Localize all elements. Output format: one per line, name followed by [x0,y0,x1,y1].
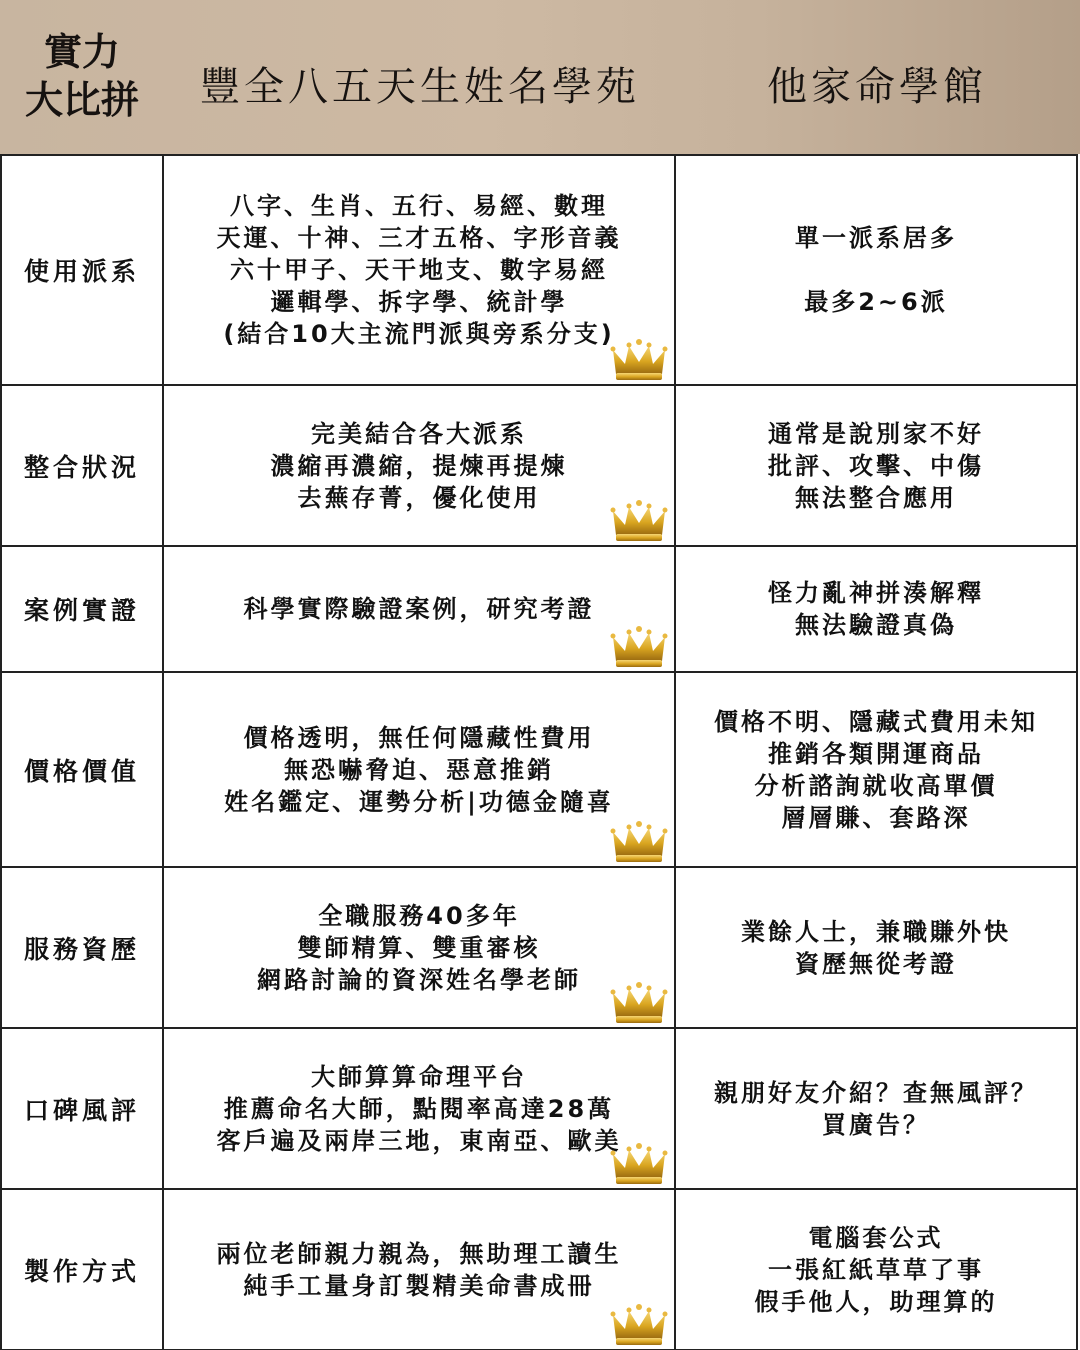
row-label: 案例實證 [24,591,140,627]
cell-line: 假手他人，助理算的 [755,1286,998,1318]
row-label-cell: 整合狀況 [2,386,164,547]
ours-cell: 價格透明，無任何隱藏性費用無恐嚇脅迫、惡意推銷姓名鑑定、運勢分析|功德金隨喜 [164,673,676,868]
cell-line: 大師算算命理平台 [311,1061,527,1093]
table-row: 案例實證科學實際驗證案例，研究考證怪力亂神拼湊解釋無法驗證真偽 [2,547,1078,673]
others-cell: 單一派系居多最多2~6派 [676,156,1078,386]
corner-title-line2: 大比拼 [0,76,164,124]
cell-line: 濃縮再濃縮，提煉再提煉 [271,450,568,482]
ours-cell-text: 兩位老師親力親為，無助理工讀生純手工量身訂製精美命書成冊 [217,1238,622,1302]
others-cell: 電腦套公式一張紅紙草草了事假手他人，助理算的 [676,1190,1078,1350]
cell-line: 無法整合應用 [795,482,957,514]
cell-line: 兩位老師親力親為，無助理工讀生 [217,1238,622,1270]
cell-line: 單一派系居多 [795,222,957,254]
row-label: 服務資歷 [24,930,140,966]
cell-line: 完美結合各大派系 [311,418,527,450]
ours-cell-text: 價格透明，無任何隱藏性費用無恐嚇脅迫、惡意推銷姓名鑑定、運勢分析|功德金隨喜 [224,722,614,818]
cell-line: 最多2~6派 [804,286,948,318]
ours-cell-text: 全職服務40多年雙師精算、雙重審核網路討論的資深姓名學老師 [257,900,581,996]
others-cell-text: 電腦套公式一張紅紙草草了事假手他人，助理算的 [755,1222,998,1318]
cell-line: 一張紅紙草草了事 [768,1254,984,1286]
others-cell: 業餘人士，兼職賺外快資歷無從考證 [676,868,1078,1029]
cell-line: 全職服務40多年 [318,900,519,932]
crown-icon [610,338,668,382]
crown-icon [610,1303,668,1347]
cell-line: 通常是說別家不好 [768,418,984,450]
cell-line: 無法驗證真偽 [795,609,957,641]
cell-line: 批評、攻擊、中傷 [768,450,984,482]
crown-icon [610,499,668,543]
row-label: 口碑風評 [24,1091,140,1127]
row-label: 整合狀況 [24,448,140,484]
table-row: 製作方式兩位老師親力親為，無助理工讀生純手工量身訂製精美命書成冊電腦套公式一張紅… [2,1190,1078,1350]
ours-cell-text: 完美結合各大派系濃縮再濃縮，提煉再提煉去蕪存菁，優化使用 [271,418,568,514]
others-cell-text: 業餘人士，兼職賺外快資歷無從考證 [741,916,1011,980]
cell-line: 價格透明，無任何隱藏性費用 [243,722,594,754]
row-label: 製作方式 [24,1252,140,1288]
table-row: 口碑風評大師算算命理平台推薦命名大師，點閱率高達28萬客戶遍及兩岸三地，東南亞、… [2,1029,1078,1190]
cell-line: 買廣告？ [822,1109,930,1141]
cell-line: 客戶遍及兩岸三地，東南亞、歐美 [217,1125,622,1157]
ours-cell: 大師算算命理平台推薦命名大師，點閱率高達28萬客戶遍及兩岸三地，東南亞、歐美 [164,1029,676,1190]
cell-line: 姓名鑑定、運勢分析|功德金隨喜 [224,786,614,818]
row-label-cell: 製作方式 [2,1190,164,1350]
table-row: 價格價值價格透明，無任何隱藏性費用無恐嚇脅迫、惡意推銷姓名鑑定、運勢分析|功德金… [2,673,1078,868]
ours-cell: 八字、生肖、五行、易經、數理天運、十神、三才五格、字形音義六十甲子、天干地支、數… [164,156,676,386]
row-label-cell: 使用派系 [2,156,164,386]
cell-line: 層層賺、套路深 [782,802,971,834]
table-row: 整合狀況完美結合各大派系濃縮再濃縮，提煉再提煉去蕪存菁，優化使用通常是說別家不好… [2,386,1078,547]
others-cell: 通常是說別家不好批評、攻擊、中傷無法整合應用 [676,386,1078,547]
row-label-cell: 案例實證 [2,547,164,673]
others-cell-text: 親朋好友介紹？查無風評？買廣告？ [714,1077,1038,1141]
corner-title: 實力 大比拼 [0,28,164,124]
row-label: 價格價值 [24,752,140,788]
ours-cell-text: 八字、生肖、五行、易經、數理天運、十神、三才五格、字形音義六十甲子、天干地支、數… [217,190,622,350]
crown-icon [610,820,668,864]
ours-cell: 完美結合各大派系濃縮再濃縮，提煉再提煉去蕪存菁，優化使用 [164,386,676,547]
crown-icon [610,1142,668,1186]
ours-cell: 全職服務40多年雙師精算、雙重審核網路討論的資深姓名學老師 [164,868,676,1029]
cell-line: 推薦命名大師，點閱率高達28萬 [224,1093,614,1125]
cell-line: 資歷無從考證 [795,948,957,980]
ours-cell: 兩位老師親力親為，無助理工讀生純手工量身訂製精美命書成冊 [164,1190,676,1350]
cell-line: 天運、十神、三才五格、字形音義 [217,222,622,254]
cell-line: (結合10大主流門派與旁系分支) [223,318,614,350]
column-header-others: 他家命學館 [676,62,1078,112]
cell-line: 科學實際驗證案例，研究考證 [244,593,595,625]
others-cell: 怪力亂神拼湊解釋無法驗證真偽 [676,547,1078,673]
table-row: 服務資歷全職服務40多年雙師精算、雙重審核網路討論的資深姓名學老師業餘人士，兼職… [2,868,1078,1029]
row-label: 使用派系 [24,252,140,288]
cell-line: 電腦套公式 [809,1222,944,1254]
crown-icon [610,981,668,1025]
cell-line: 價格不明、隱藏式費用未知 [714,706,1038,738]
cell-line: 網路討論的資深姓名學老師 [257,964,581,996]
cell-line: 業餘人士，兼職賺外快 [741,916,1011,948]
cell-line: 純手工量身訂製精美命書成冊 [244,1270,595,1302]
row-label-cell: 口碑風評 [2,1029,164,1190]
cell-line: 邏輯學、拆字學、統計學 [271,286,568,318]
others-cell: 價格不明、隱藏式費用未知推銷各類開運商品分析諮詢就收高單價層層賺、套路深 [676,673,1078,868]
crown-icon [610,625,668,669]
others-cell-text: 單一派系居多最多2~6派 [795,222,957,318]
cell-line: 推銷各類開運商品 [768,738,984,770]
row-label-cell: 服務資歷 [2,868,164,1029]
others-cell-text: 價格不明、隱藏式費用未知推銷各類開運商品分析諮詢就收高單價層層賺、套路深 [714,706,1038,834]
cell-line: 去蕪存菁，優化使用 [298,482,541,514]
comparison-table: 使用派系八字、生肖、五行、易經、數理天運、十神、三才五格、字形音義六十甲子、天干… [0,154,1078,1350]
cell-line: 八字、生肖、五行、易經、數理 [230,190,608,222]
others-cell: 親朋好友介紹？查無風評？買廣告？ [676,1029,1078,1190]
cell-line: 親朋好友介紹？查無風評？ [714,1077,1038,1109]
column-header-ours: 豐全八五天生姓名學苑 [164,62,676,112]
ours-cell-text: 科學實際驗證案例，研究考證 [244,593,595,625]
others-cell-text: 通常是說別家不好批評、攻擊、中傷無法整合應用 [768,418,984,514]
header-banner: 實力 大比拼 豐全八五天生姓名學苑 他家命學館 [0,0,1080,154]
others-cell-text: 怪力亂神拼湊解釋無法驗證真偽 [768,577,984,641]
table-row: 使用派系八字、生肖、五行、易經、數理天運、十神、三才五格、字形音義六十甲子、天干… [2,156,1078,386]
cell-line: 怪力亂神拼湊解釋 [768,577,984,609]
cell-line: 無恐嚇脅迫、惡意推銷 [284,754,554,786]
cell-line: 雙師精算、雙重審核 [298,932,541,964]
row-label-cell: 價格價值 [2,673,164,868]
cell-line: 分析諮詢就收高單價 [755,770,998,802]
corner-title-line1: 實力 [0,28,164,76]
ours-cell: 科學實際驗證案例，研究考證 [164,547,676,673]
cell-line: 六十甲子、天干地支、數字易經 [230,254,608,286]
ours-cell-text: 大師算算命理平台推薦命名大師，點閱率高達28萬客戶遍及兩岸三地，東南亞、歐美 [217,1061,622,1157]
